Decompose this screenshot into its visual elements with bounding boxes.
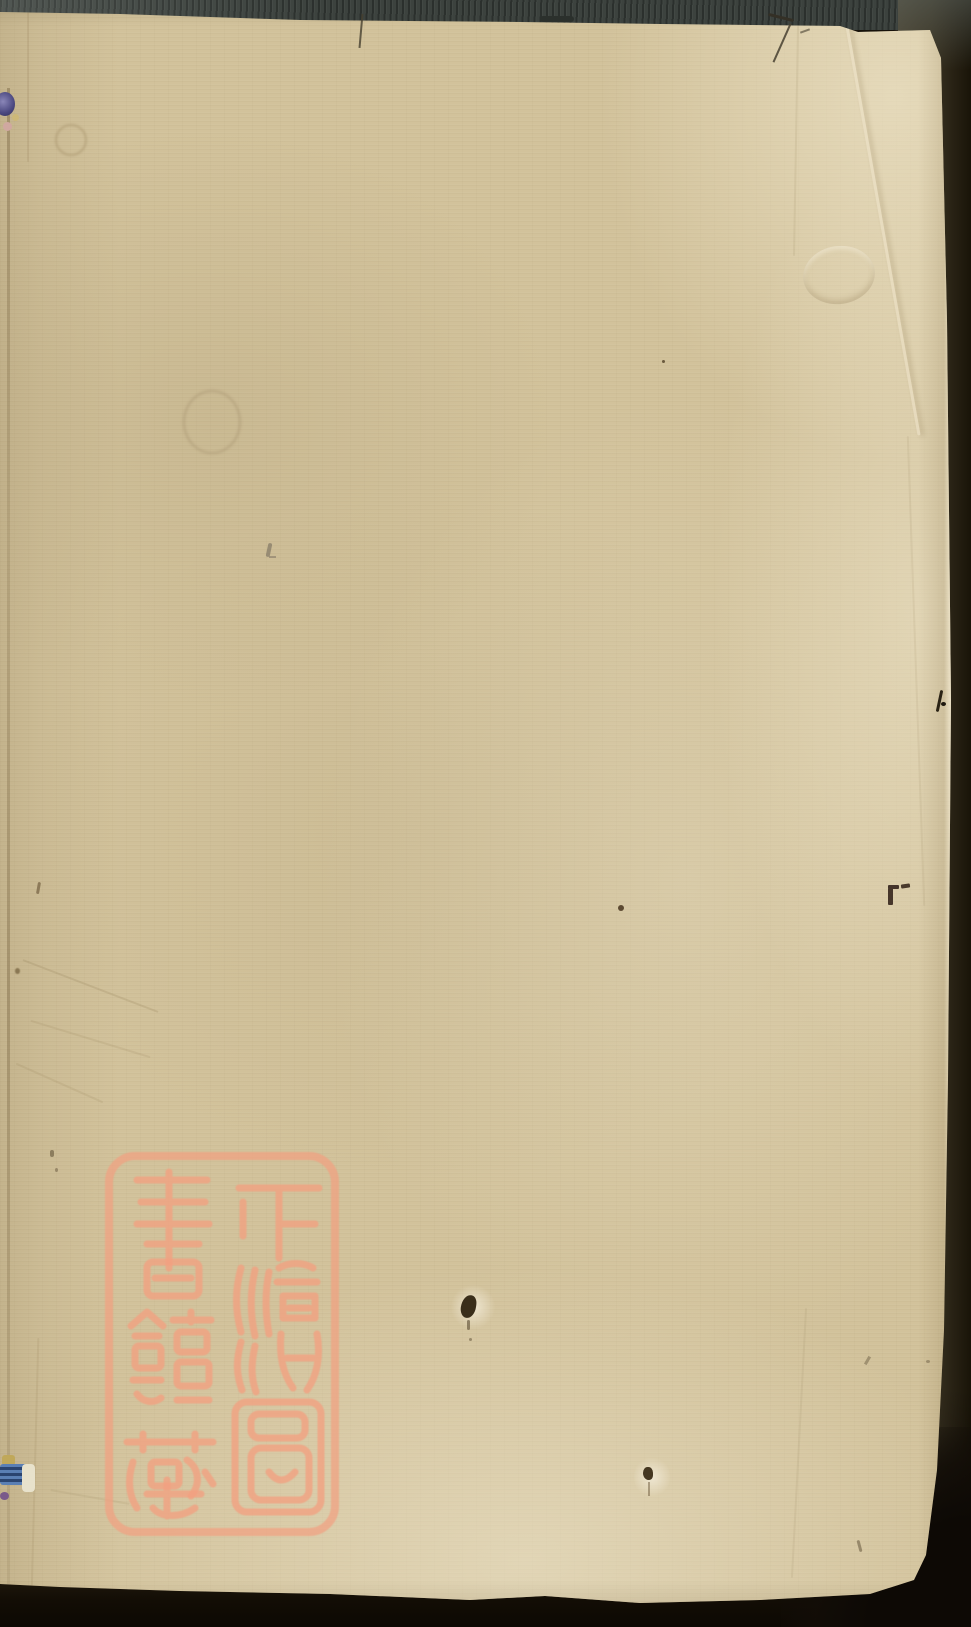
paper-wrinkle-b bbox=[30, 1020, 150, 1058]
left-edge-mark-d bbox=[55, 1168, 58, 1172]
stitch-knot-top bbox=[0, 92, 15, 116]
cover-edge-nub bbox=[540, 16, 574, 22]
stitch-patch-white bbox=[22, 1464, 35, 1492]
paper-wrinkle-c bbox=[16, 1063, 104, 1103]
small-dark-stain bbox=[643, 1467, 653, 1480]
faint-mark-right bbox=[864, 1356, 871, 1365]
seal-char-guan bbox=[131, 1312, 211, 1401]
speck-middle bbox=[618, 905, 624, 911]
left-edge-mark-b bbox=[15, 968, 20, 974]
paper-blister bbox=[799, 241, 878, 308]
small-stain-tail bbox=[648, 1482, 650, 1496]
ink-mark-dash bbox=[901, 883, 910, 888]
seal-graphic bbox=[103, 1150, 341, 1540]
page-sheet: 上海圖書館藏 bbox=[0, 0, 952, 1610]
stitch-fleck-pink bbox=[3, 122, 12, 131]
book-scan: 上海圖書館藏 bbox=[0, 0, 971, 1627]
wormhole-tail bbox=[467, 1320, 470, 1330]
tiny-mark-right-edge bbox=[926, 1360, 930, 1363]
oval-dimple-stain bbox=[183, 390, 241, 454]
stitch-fleck-gold-top bbox=[12, 114, 19, 121]
seal-char-shu bbox=[137, 1172, 209, 1296]
stitch-fleck-purple bbox=[0, 1492, 9, 1500]
left-edge-mark-c bbox=[50, 1150, 54, 1157]
wormhole-dot bbox=[469, 1338, 472, 1341]
paper-wrinkle-a bbox=[22, 959, 158, 1013]
paper-crease-top-right bbox=[845, 23, 921, 435]
paper-crease-bottom-right bbox=[791, 1308, 807, 1578]
edge-tear-mark bbox=[936, 690, 944, 712]
seal-char-hai bbox=[237, 1264, 319, 1393]
left-edge-mark-a bbox=[36, 882, 41, 894]
spine-fold-line-upper bbox=[27, 12, 29, 162]
spine-fold-line bbox=[7, 88, 10, 1584]
ink-mark-gamma-stem bbox=[888, 888, 893, 905]
paper-crease-right-lower bbox=[907, 436, 925, 906]
thin-mark-bottom-right bbox=[856, 1540, 862, 1552]
ring-stain bbox=[55, 124, 87, 156]
seal-char-tu bbox=[235, 1402, 321, 1512]
edge-tear-dot bbox=[941, 702, 946, 706]
tiny-speck-upper bbox=[662, 360, 665, 363]
seal-char-shang bbox=[239, 1188, 319, 1258]
seal-char-cang bbox=[127, 1434, 213, 1516]
paper-crease-vertical-upper bbox=[793, 26, 799, 256]
faint-squiggle-foot bbox=[269, 556, 276, 558]
library-seal: 上海圖書館藏 bbox=[103, 1150, 341, 1540]
